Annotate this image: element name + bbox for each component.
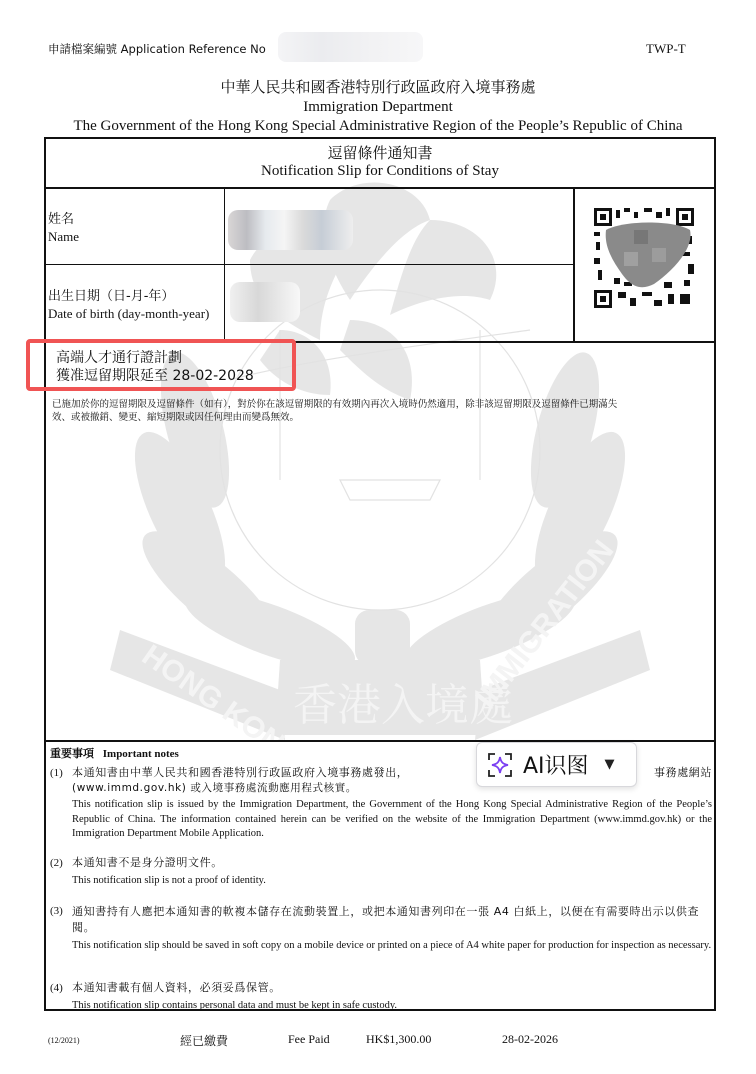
note-en: This notification slip should be saved i…: [72, 939, 712, 954]
note-number: (3): [50, 904, 63, 919]
qr-code-icon: [594, 208, 694, 308]
divider: [44, 187, 716, 189]
scheme-name: 高端人才通行證計劃: [56, 349, 254, 367]
note-cn-part: 本通知書由中華人民共和國香港特別行政區政府入境事務處發出，: [72, 766, 408, 781]
note-cn-part: 事務處網站: [654, 766, 712, 781]
notes-title-en: Important notes: [103, 748, 179, 760]
note-en: This notification slip contains personal…: [72, 999, 712, 1014]
ai-button-label: AI识图: [523, 749, 589, 780]
reference-label: 申請檔案編號 Application Reference No: [48, 42, 266, 56]
note-cn: 通知書持有人應把本通知書的軟複本儲存在流動裝置上，或把本通知書列印在一張 A4 …: [72, 904, 712, 936]
sparkle-scan-icon: [487, 752, 513, 778]
fee-label-cn: 經已繳費: [180, 1032, 228, 1049]
divider: [224, 188, 225, 342]
note-item: (2) 本通知書不是身分證明文件。 This notification slip…: [50, 856, 712, 888]
note-cn: 本通知書不是身分證明文件。: [72, 856, 712, 871]
application-reference: 申請檔案編號 Application Reference No: [48, 41, 266, 57]
note-item: (4) 本通知書載有個人資料，必須妥爲保管。 This notification…: [50, 981, 712, 1013]
fee-label-en: Fee Paid: [288, 1032, 330, 1047]
ai-image-recognition-button[interactable]: AI识图 ▼: [476, 742, 637, 787]
chevron-down-icon[interactable]: ▼: [605, 757, 615, 772]
note-en: This notification slip is issued by the …: [72, 798, 712, 842]
slip-title-en: Notification Slip for Conditions of Stay: [44, 163, 716, 180]
divider: [44, 264, 574, 265]
paragraph-line: 已施加於你的逗留期限及逗留條件（如有），對於你在該逗留期限的有效期內再次入境時仍…: [52, 398, 712, 411]
notes-title: 重要事項 Important notes: [50, 745, 179, 761]
note-item: (3) 通知書持有人應把本通知書的軟複本儲存在流動裝置上，或把本通知書列印在一張…: [50, 904, 712, 954]
reference-number-redacted: [278, 32, 423, 62]
note-number: (2): [50, 856, 63, 871]
paragraph-line: 效、或被撤銷、變更、縮短期限或因任何理由而變爲無效。: [52, 411, 712, 424]
department-name-en: Immigration Department: [0, 99, 756, 116]
note-number: (1): [50, 766, 63, 781]
slip-title-cn: 逗留條件通知書: [44, 142, 716, 163]
divider: [573, 188, 575, 342]
fee-amount: HK$1,300.00: [366, 1032, 431, 1047]
government-name-en: The Government of the Hong Kong Special …: [0, 118, 756, 135]
dob-value-redacted: [230, 282, 300, 322]
name-label-en: Name: [48, 228, 79, 245]
conditions-paragraph: 已施加於你的逗留期限及逗留條件（如有），對於你在該逗留期限的有效期內再次入境時仍…: [52, 398, 712, 424]
dob-label-cn: 出生日期（日-月-年）: [48, 288, 209, 305]
note-number: (4): [50, 981, 63, 996]
name-value-redacted: [228, 210, 353, 250]
qr-code: [594, 208, 694, 308]
form-code: TWP-T: [646, 41, 686, 57]
notes-title-cn: 重要事項: [50, 747, 94, 760]
name-label-cn: 姓名: [48, 211, 79, 228]
note-en: This notification slip is not a proof of…: [72, 874, 712, 889]
name-label: 姓名 Name: [48, 211, 79, 245]
dob-label-en: Date of birth (day-month-year): [48, 305, 209, 322]
note-cn: 本通知書載有個人資料，必須妥爲保管。: [72, 981, 712, 996]
dob-label: 出生日期（日-月-年） Date of birth (day-month-yea…: [48, 288, 209, 322]
issue-date: 28-02-2026: [502, 1032, 558, 1047]
conditions-of-stay: 高端人才通行證計劃 獲准逗留期限延至 28-02-2028: [56, 349, 254, 385]
form-version: (12/2021): [48, 1036, 80, 1045]
extension-date: 獲准逗留期限延至 28-02-2028: [56, 367, 254, 385]
department-name-cn: 中華人民共和國香港特別行政區政府入境事務處: [0, 76, 756, 97]
